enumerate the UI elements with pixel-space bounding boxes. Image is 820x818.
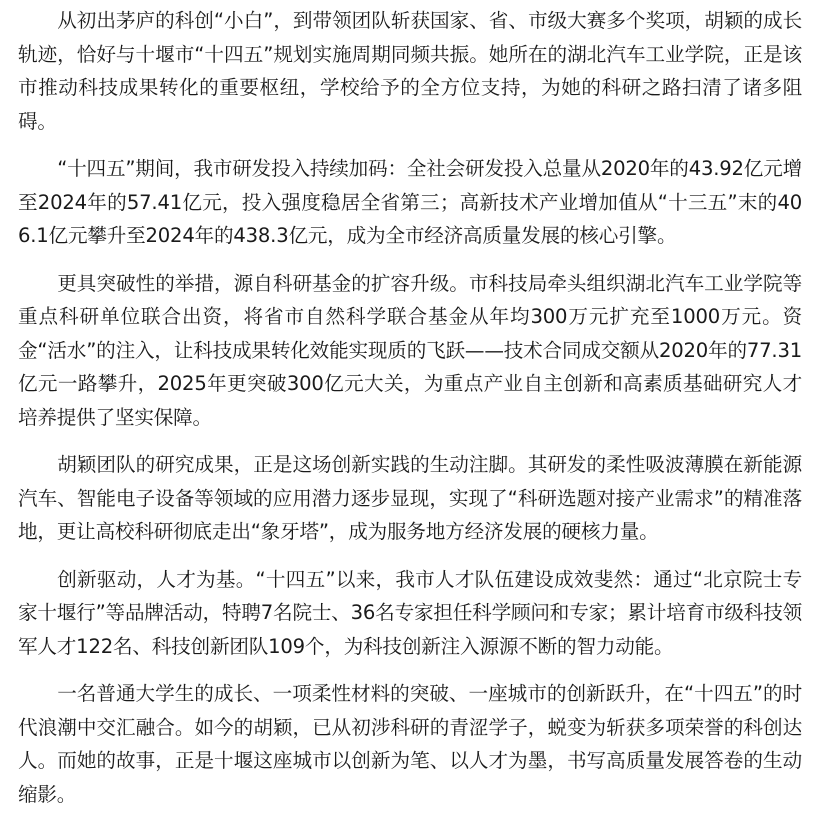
- article-body: 从初出茅庐的科创“小白”，到带领团队斩获国家、省、市级大赛多个奖项，胡颖的成长轨…: [18, 4, 802, 818]
- paragraph-talent: 创新驱动，人才为基。“十四五”以来，我市人才队伍建设成效斐然：通过“北京院士专家…: [18, 563, 802, 664]
- paragraph-intro: 从初出茅庐的科创“小白”，到带领团队斩获国家、省、市级大赛多个奖项，胡颖的成长轨…: [18, 4, 802, 138]
- paragraph-conclusion: 一名普通大学生的成长、一项柔性材料的突破、一座城市的创新跃升，在“十四五”的时代…: [18, 677, 802, 811]
- paragraph-team-results: 胡颖团队的研究成果，正是这场创新实践的生动注脚。其研发的柔性吸波薄膜在新能源汽车…: [18, 448, 802, 549]
- paragraph-research-fund: 更具突破性的举措，源自科研基金的扩容升级。市科技局牵头组织湖北汽车工业学院等重点…: [18, 267, 802, 435]
- paragraph-rd-investment: “十四五”期间，我市研发投入持续加码：全社会研发投入总量从2020年的43.92…: [18, 152, 802, 253]
